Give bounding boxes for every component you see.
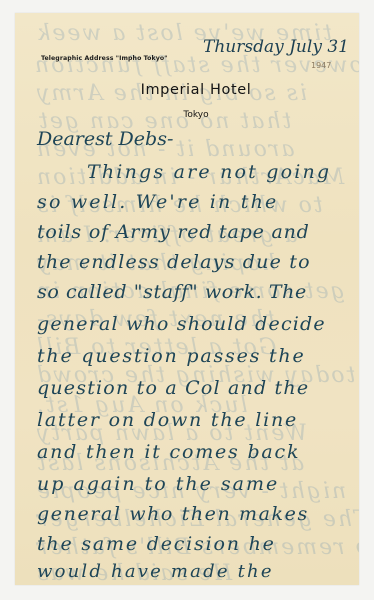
body-line: the same decision he bbox=[37, 533, 276, 555]
telegraphic-address: Telegraphic Address "Impho Tokyo" bbox=[41, 55, 168, 62]
body-line: general who then makes bbox=[37, 503, 309, 525]
body-line: and then it comes back bbox=[37, 441, 300, 463]
body-line: up again to the same bbox=[37, 473, 279, 495]
body-line: question to a Col and the bbox=[37, 377, 309, 399]
body-line: Things are not going bbox=[87, 161, 331, 183]
year-annotation: 1947 bbox=[311, 61, 331, 70]
hotel-city: Tokyo bbox=[15, 110, 359, 120]
body-line: general who should decide bbox=[37, 313, 326, 335]
letter-date: Thursday July 31 bbox=[203, 37, 349, 57]
body-line: so well. We're in the bbox=[37, 191, 278, 213]
body-line: the endless delays due to bbox=[37, 251, 311, 273]
body-line: the question passes the bbox=[37, 345, 306, 367]
body-line: would have made the bbox=[37, 561, 274, 582]
scanned-letter-page: time we've lost a week however the staff… bbox=[0, 0, 374, 600]
body-line: latter on down the line bbox=[37, 409, 298, 431]
salutation: Dearest Debs- bbox=[37, 128, 173, 150]
body-line: toils of Army red tape and bbox=[37, 221, 310, 243]
letter-paper: time we've lost a week however the staff… bbox=[15, 13, 359, 585]
body-line: so called "staff" work. The bbox=[37, 281, 307, 303]
hotel-name: Imperial Hotel bbox=[15, 82, 359, 98]
